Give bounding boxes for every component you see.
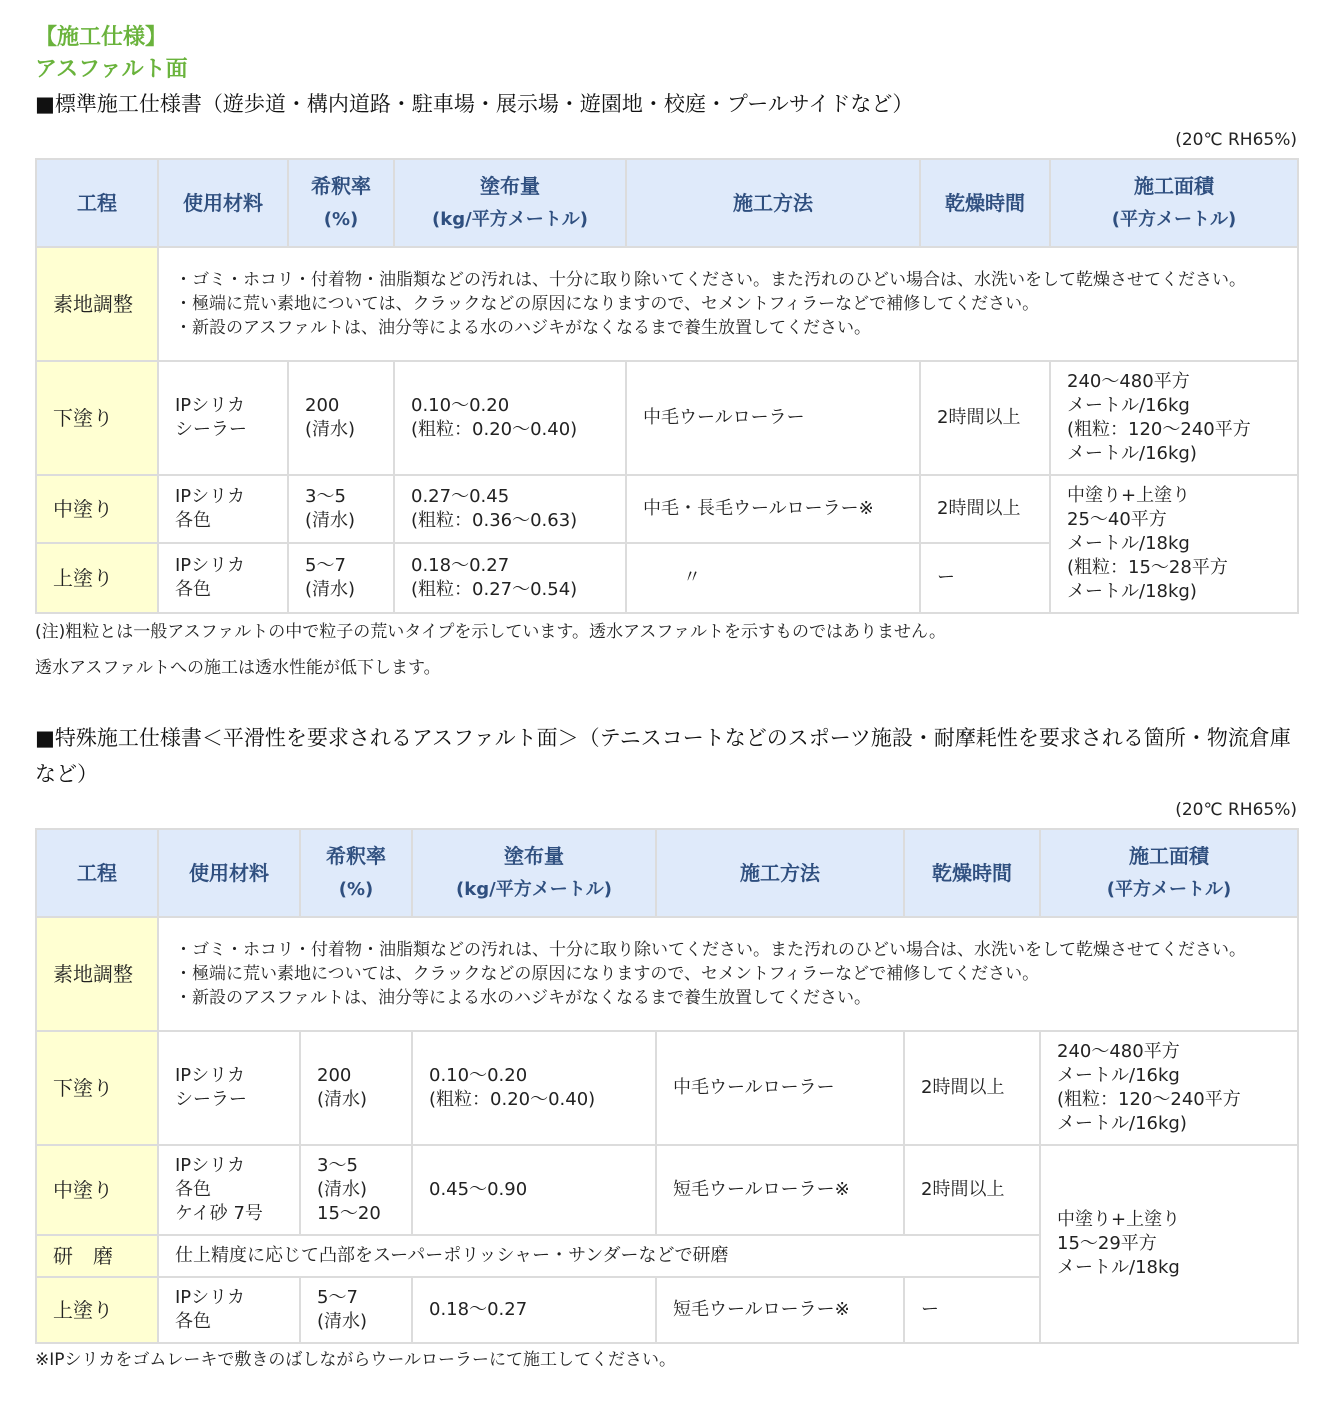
method-cell: 短毛ウールローラー※	[656, 1145, 904, 1235]
material-cell: IPシリカ 各色	[158, 543, 288, 613]
stage-cell: 上塗り	[36, 543, 158, 613]
header-drying: 乾燥時間	[920, 159, 1050, 247]
header-method: 施工方法	[656, 829, 904, 917]
area-cell: 240〜480平方 メートル/16kg (粗粒：120〜240平方 メートル/1…	[1050, 361, 1298, 475]
special-spec-table: 工程 使用材料 希釈率(%) 塗布量(kg/平方メートル) 施工方法 乾燥時間 …	[35, 828, 1299, 1344]
drying-cell: ー	[904, 1277, 1040, 1343]
amount-cell: 0.27〜0.45 (粗粒：0.36〜0.63)	[394, 475, 626, 543]
dilution-cell: 200 (清水)	[288, 361, 394, 475]
material-cell: IPシリカ シーラー	[158, 1031, 300, 1145]
material-cell: IPシリカ 各色	[158, 475, 288, 543]
drying-cell: 2時間以上	[920, 475, 1050, 543]
special-spec-title: ■特殊施工仕様書＜平滑性を要求されるアスファルト面＞（テニスコートなどのスポーツ…	[35, 720, 1297, 792]
area-cell: 中塗り+上塗り 25〜40平方 メートル/18kg (粗粒：15〜28平方 メー…	[1050, 475, 1298, 613]
stage-cell: 素地調整	[36, 917, 158, 1031]
table-row: 中塗り IPシリカ 各色 3〜5 (清水) 0.27〜0.45 (粗粒：0.36…	[36, 475, 1298, 543]
material-cell: IPシリカ 各色	[158, 1277, 300, 1343]
amount-cell: 0.10〜0.20 (粗粒：0.20〜0.40)	[412, 1031, 656, 1145]
table-row: 下塗り IPシリカ シーラー 200 (清水) 0.10〜0.20 (粗粒：0.…	[36, 1031, 1298, 1145]
header-material: 使用材料	[158, 159, 288, 247]
header-dilution: 希釈率(%)	[288, 159, 394, 247]
area-cell: 240〜480平方 メートル/16kg (粗粒：120〜240平方 メートル/1…	[1040, 1031, 1298, 1145]
method-cell: 〃	[626, 543, 920, 613]
dilution-cell: 200 (清水)	[300, 1031, 412, 1145]
material-cell: IPシリカ シーラー	[158, 361, 288, 475]
standard-note-1: (注)粗粒とは一般アスファルトの中で粒子の荒いタイプを示しています。透水アスファ…	[35, 620, 1297, 644]
standard-note-2: 透水アスファルトへの施工は透水性能が低下します。	[35, 656, 1297, 680]
table-row: 下塗り IPシリカ シーラー 200 (清水) 0.10〜0.20 (粗粒：0.…	[36, 361, 1298, 475]
stage-cell: 素地調整	[36, 247, 158, 361]
header-dilution: 希釈率(%)	[300, 829, 412, 917]
header-amount: 塗布量(kg/平方メートル)	[412, 829, 656, 917]
dilution-cell: 3〜5 (清水) 15〜20	[300, 1145, 412, 1235]
area-cell: 中塗り+上塗り 15〜29平方 メートル/18kg	[1040, 1145, 1298, 1343]
drying-cell: 2時間以上	[904, 1145, 1040, 1235]
header-method: 施工方法	[626, 159, 920, 247]
header-amount: 塗布量(kg/平方メートル)	[394, 159, 626, 247]
header-material: 使用材料	[158, 829, 300, 917]
special-note: ※IPシリカをゴムレーキで敷きのばしながらウールローラーにて施工してください。	[35, 1348, 1297, 1372]
table-row: 中塗り IPシリカ 各色 ケイ砂 7号 3〜5 (清水) 15〜20 0.45〜…	[36, 1145, 1298, 1235]
standard-spec-table: 工程 使用材料 希釈率(%) 塗布量(kg/平方メートル) 施工方法 乾燥時間 …	[35, 158, 1299, 614]
header-process: 工程	[36, 829, 158, 917]
special-condition: (20℃ RH65%)	[35, 798, 1297, 822]
stage-cell: 上塗り	[36, 1277, 158, 1343]
method-cell: 中毛・長毛ウールローラー※	[626, 475, 920, 543]
header-drying: 乾燥時間	[904, 829, 1040, 917]
standard-condition: (20℃ RH65%)	[35, 128, 1297, 152]
standard-spec-title: ■標準施工仕様書（遊歩道・構内道路・駐車場・展示場・遊園地・校庭・プールサイドな…	[35, 86, 1297, 122]
amount-cell: 0.18〜0.27	[412, 1277, 656, 1343]
drying-cell: 2時間以上	[920, 361, 1050, 475]
page-content: 【施工仕様】 アスファルト面 ■標準施工仕様書（遊歩道・構内道路・駐車場・展示場…	[35, 22, 1297, 1372]
header-area: 施工面積(平方メートル)	[1040, 829, 1298, 917]
section-heading: 【施工仕様】	[35, 22, 1297, 54]
drying-cell: ー	[920, 543, 1050, 613]
dilution-cell: 3〜5 (清水)	[288, 475, 394, 543]
prep-note: ・ゴミ・ホコリ・付着物・油脂類などの汚れは、十分に取り除いてください。また汚れの…	[158, 917, 1298, 1031]
material-cell: IPシリカ 各色 ケイ砂 7号	[158, 1145, 300, 1235]
table-row: 素地調整 ・ゴミ・ホコリ・付着物・油脂類などの汚れは、十分に取り除いてください。…	[36, 917, 1298, 1031]
stage-cell: 中塗り	[36, 1145, 158, 1235]
table-row: 素地調整 ・ゴミ・ホコリ・付着物・油脂類などの汚れは、十分に取り除いてください。…	[36, 247, 1298, 361]
header-process: 工程	[36, 159, 158, 247]
prep-note: ・ゴミ・ホコリ・付着物・油脂類などの汚れは、十分に取り除いてください。また汚れの…	[158, 247, 1298, 361]
table-header-row: 工程 使用材料 希釈率(%) 塗布量(kg/平方メートル) 施工方法 乾燥時間 …	[36, 159, 1298, 247]
table-header-row: 工程 使用材料 希釈率(%) 塗布量(kg/平方メートル) 施工方法 乾燥時間 …	[36, 829, 1298, 917]
amount-cell: 0.10〜0.20 (粗粒：0.20〜0.40)	[394, 361, 626, 475]
method-cell: 中毛ウールローラー	[626, 361, 920, 475]
dilution-cell: 5〜7 (清水)	[300, 1277, 412, 1343]
amount-cell: 0.45〜0.90	[412, 1145, 656, 1235]
stage-cell: 研 磨	[36, 1235, 158, 1277]
dilution-cell: 5〜7 (清水)	[288, 543, 394, 613]
stage-cell: 下塗り	[36, 1031, 158, 1145]
method-cell: 短毛ウールローラー※	[656, 1277, 904, 1343]
method-cell: 中毛ウールローラー	[656, 1031, 904, 1145]
amount-cell: 0.18〜0.27 (粗粒：0.27〜0.54)	[394, 543, 626, 613]
polish-note: 仕上精度に応じて凸部をスーパーポリッシャー・サンダーなどで研磨	[158, 1235, 1040, 1277]
drying-cell: 2時間以上	[904, 1031, 1040, 1145]
stage-cell: 中塗り	[36, 475, 158, 543]
surface-heading: アスファルト面	[35, 54, 1297, 86]
header-area: 施工面積(平方メートル)	[1050, 159, 1298, 247]
stage-cell: 下塗り	[36, 361, 158, 475]
